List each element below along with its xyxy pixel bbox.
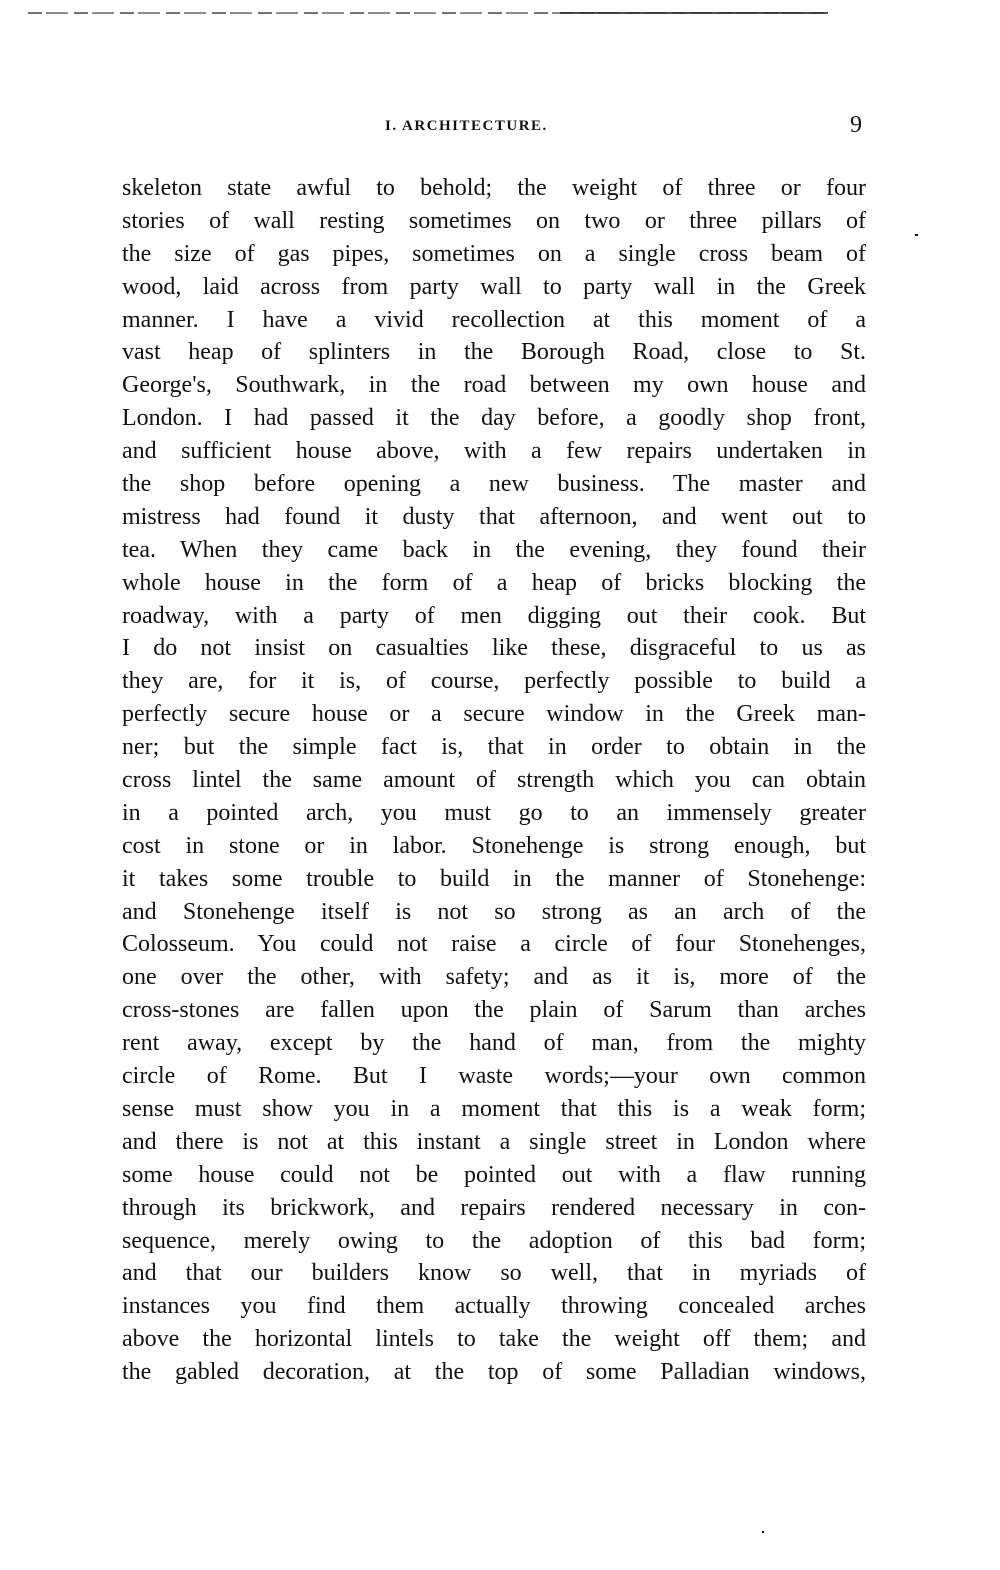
text-line: mistress had found it dusty that afterno… (122, 501, 866, 534)
text-line: and there is not at this instant a singl… (122, 1126, 866, 1159)
text-line: Colosseum. You could not raise a circle … (122, 928, 866, 961)
text-line: roadway, with a party of men digging out… (122, 600, 866, 633)
text-line: sequence, merely owing to the adoption o… (122, 1225, 866, 1258)
scan-edge-rule-right (560, 12, 828, 14)
text-line: manner. I have a vivid recollection at t… (122, 304, 866, 337)
text-line: cost in stone or in labor. Stonehenge is… (122, 830, 866, 863)
text-line: some house could not be pointed out with… (122, 1159, 866, 1192)
text-line: cross lintel the same amount of strength… (122, 764, 866, 797)
text-line: London. I had passed it the day before, … (122, 402, 866, 435)
text-line: and Stonehenge itself is not so strong a… (122, 896, 866, 929)
text-line: through its brickwork, and repairs rende… (122, 1192, 866, 1225)
text-line: George's, Southwark, in the road between… (122, 369, 866, 402)
text-line: and that our builders know so well, that… (122, 1257, 866, 1290)
running-head: I. ARCHITECTURE. 9 (0, 112, 1000, 142)
text-line: the shop before opening a new business. … (122, 468, 866, 501)
text-line: rent away, except by the hand of man, fr… (122, 1027, 866, 1060)
text-line: stories of wall resting sometimes on two… (122, 205, 866, 238)
text-line: the size of gas pipes, sometimes on a si… (122, 238, 866, 271)
text-line: skeleton state awful to behold; the weig… (122, 172, 866, 205)
text-line: I do not insist on casualties like these… (122, 632, 866, 665)
body-text: skeleton state awful to behold; the weig… (122, 172, 866, 1389)
text-line: the gabled decoration, at the top of som… (122, 1356, 866, 1389)
text-line: above the horizontal lintels to take the… (122, 1323, 866, 1356)
scan-speck (762, 1531, 764, 1533)
text-line: whole house in the form of a heap of bri… (122, 567, 866, 600)
text-line: in a pointed arch, you must go to an imm… (122, 797, 866, 830)
text-line: they are, for it is, of course, perfectl… (122, 665, 866, 698)
text-line: tea. When they came back in the evening,… (122, 534, 866, 567)
text-line: one over the other, with safety; and as … (122, 961, 866, 994)
text-line: and sufficient house above, with a few r… (122, 435, 866, 468)
text-line: cross-stones are fallen upon the plain o… (122, 994, 866, 1027)
text-line: circle of Rome. But I waste words;—your … (122, 1060, 866, 1093)
text-line: perfectly secure house or a secure windo… (122, 698, 866, 731)
page-number: 9 (850, 112, 862, 139)
text-line: wood, laid across from party wall to par… (122, 271, 866, 304)
scan-speck (915, 234, 918, 236)
text-line: sense must show you in a moment that thi… (122, 1093, 866, 1126)
text-line: ner; but the simple fact is, that in ord… (122, 731, 866, 764)
text-line: instances you find them actually throwin… (122, 1290, 866, 1323)
running-title: I. ARCHITECTURE. (385, 118, 548, 135)
text-line: vast heap of splinters in the Borough Ro… (122, 336, 866, 369)
text-line: it takes some trouble to build in the ma… (122, 863, 866, 896)
